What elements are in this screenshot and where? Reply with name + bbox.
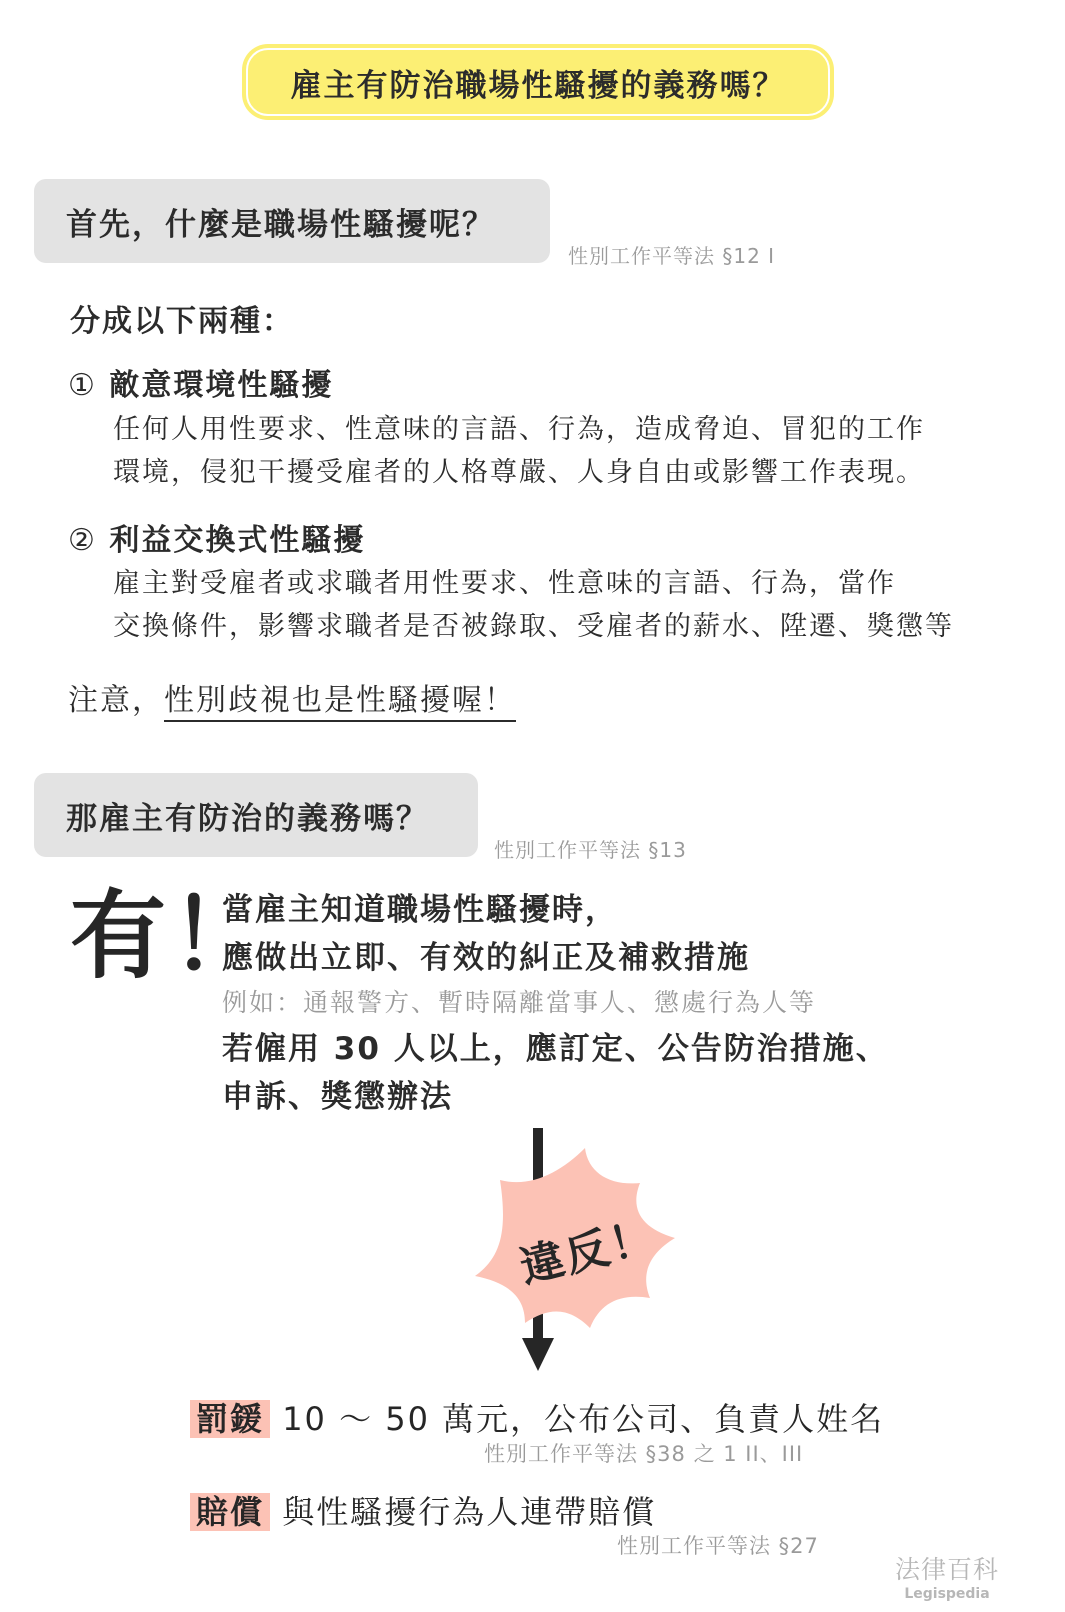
type-1-line-1: 任何人用性要求、性意味的言語、行為，造成脅迫、冒犯的工作 — [113, 408, 925, 451]
note-emphasis: 性別歧視也是性騷擾喔！ — [164, 683, 516, 722]
legispedia-logo: 法律百科 Legispedia — [895, 1550, 999, 1602]
duty-example: 例如：通報警方、暫時隔離當事人、懲處行為人等 — [222, 983, 816, 1019]
type-2-description: 雇主對受雇者或求職者用性要求、性意味的言語、行為，當作 交換條件，影響求職者是否… — [113, 562, 954, 648]
type-2-line-1: 雇主對受雇者或求職者用性要求、性意味的言語、行為，當作 — [113, 562, 954, 605]
type-1-heading: ① 敵意環境性騷擾 — [68, 360, 333, 404]
circled-one-icon: ① — [68, 368, 97, 403]
duty-statement: 當雇主知道職場性騷擾時， 應做出立即、有效的糾正及補救措施 — [222, 886, 750, 982]
duty-line-1: 當雇主知道職場性騷擾時， — [222, 886, 750, 934]
fine-tag: 罰鍰 — [190, 1400, 270, 1438]
citation-27: 性別工作平等法 §27 — [617, 1530, 819, 1560]
violation-graphic: 違反！ — [470, 1128, 690, 1378]
question-text: 首先，什麼是職場性騷擾呢？ — [66, 199, 495, 244]
types-intro: 分成以下兩種： — [70, 296, 294, 340]
penalty-compensation: 賠償 與性騷擾行為人連帶賠償 — [190, 1487, 656, 1533]
duty-line-2: 應做出立即、有效的糾正及補救措施 — [222, 934, 750, 982]
citation-38-1: 性別工作平等法 §38 之 1 II、III — [484, 1438, 803, 1468]
logo-english: Legispedia — [895, 1586, 999, 1602]
compensation-text: 與性騷擾行為人連帶賠償 — [282, 1493, 656, 1531]
question-text: 那雇主有防治的義務嗎？ — [66, 793, 429, 838]
question-box-employer-duty: 那雇主有防治的義務嗎？ — [34, 773, 478, 857]
type-2-line-2: 交換條件，影響求職者是否被錄取、受雇者的薪水、陞遷、獎懲等 — [113, 605, 954, 648]
type-1-line-2: 環境，侵犯干擾受雇者的人格尊嚴、人身自由或影響工作表現。 — [113, 451, 925, 494]
note: 注意，性別歧視也是性騷擾喔！ — [68, 675, 516, 719]
type-1-description: 任何人用性要求、性意味的言語、行為，造成脅迫、冒犯的工作 環境，侵犯干擾受雇者的… — [113, 408, 925, 494]
circled-two-icon: ② — [68, 523, 97, 558]
note-prefix: 注意， — [68, 683, 164, 718]
rule-line-2: 申訴、獎懲辦法 — [222, 1073, 889, 1121]
fine-text: 10 ～ 50 萬元，公布公司、負責人姓名 — [282, 1400, 884, 1438]
rule-line-1: 若僱用 30 人以上，應訂定、公告防治措施、 — [222, 1025, 889, 1073]
type-1-name: 敵意環境性騷擾 — [109, 368, 333, 403]
page-title: 雇主有防治職場性騷擾的義務嗎？ — [246, 48, 830, 116]
citation-13: 性別工作平等法 §13 — [494, 834, 687, 863]
type-2-name: 利益交換式性騷擾 — [109, 523, 365, 558]
compensation-tag: 賠償 — [190, 1493, 270, 1531]
type-2-heading: ② 利益交換式性騷擾 — [68, 515, 365, 559]
penalty-fine: 罰鍰 10 ～ 50 萬元，公布公司、負責人姓名 — [190, 1394, 884, 1440]
policy-rule: 若僱用 30 人以上，應訂定、公告防治措施、 申訴、獎懲辦法 — [222, 1025, 889, 1121]
citation-12: 性別工作平等法 §12 I — [568, 240, 775, 269]
logo-chinese: 法律百科 — [895, 1550, 999, 1586]
title-banner: 雇主有防治職場性騷擾的義務嗎？ — [242, 44, 834, 120]
question-box-what-is-harassment: 首先，什麼是職場性騷擾呢？ — [34, 179, 550, 263]
